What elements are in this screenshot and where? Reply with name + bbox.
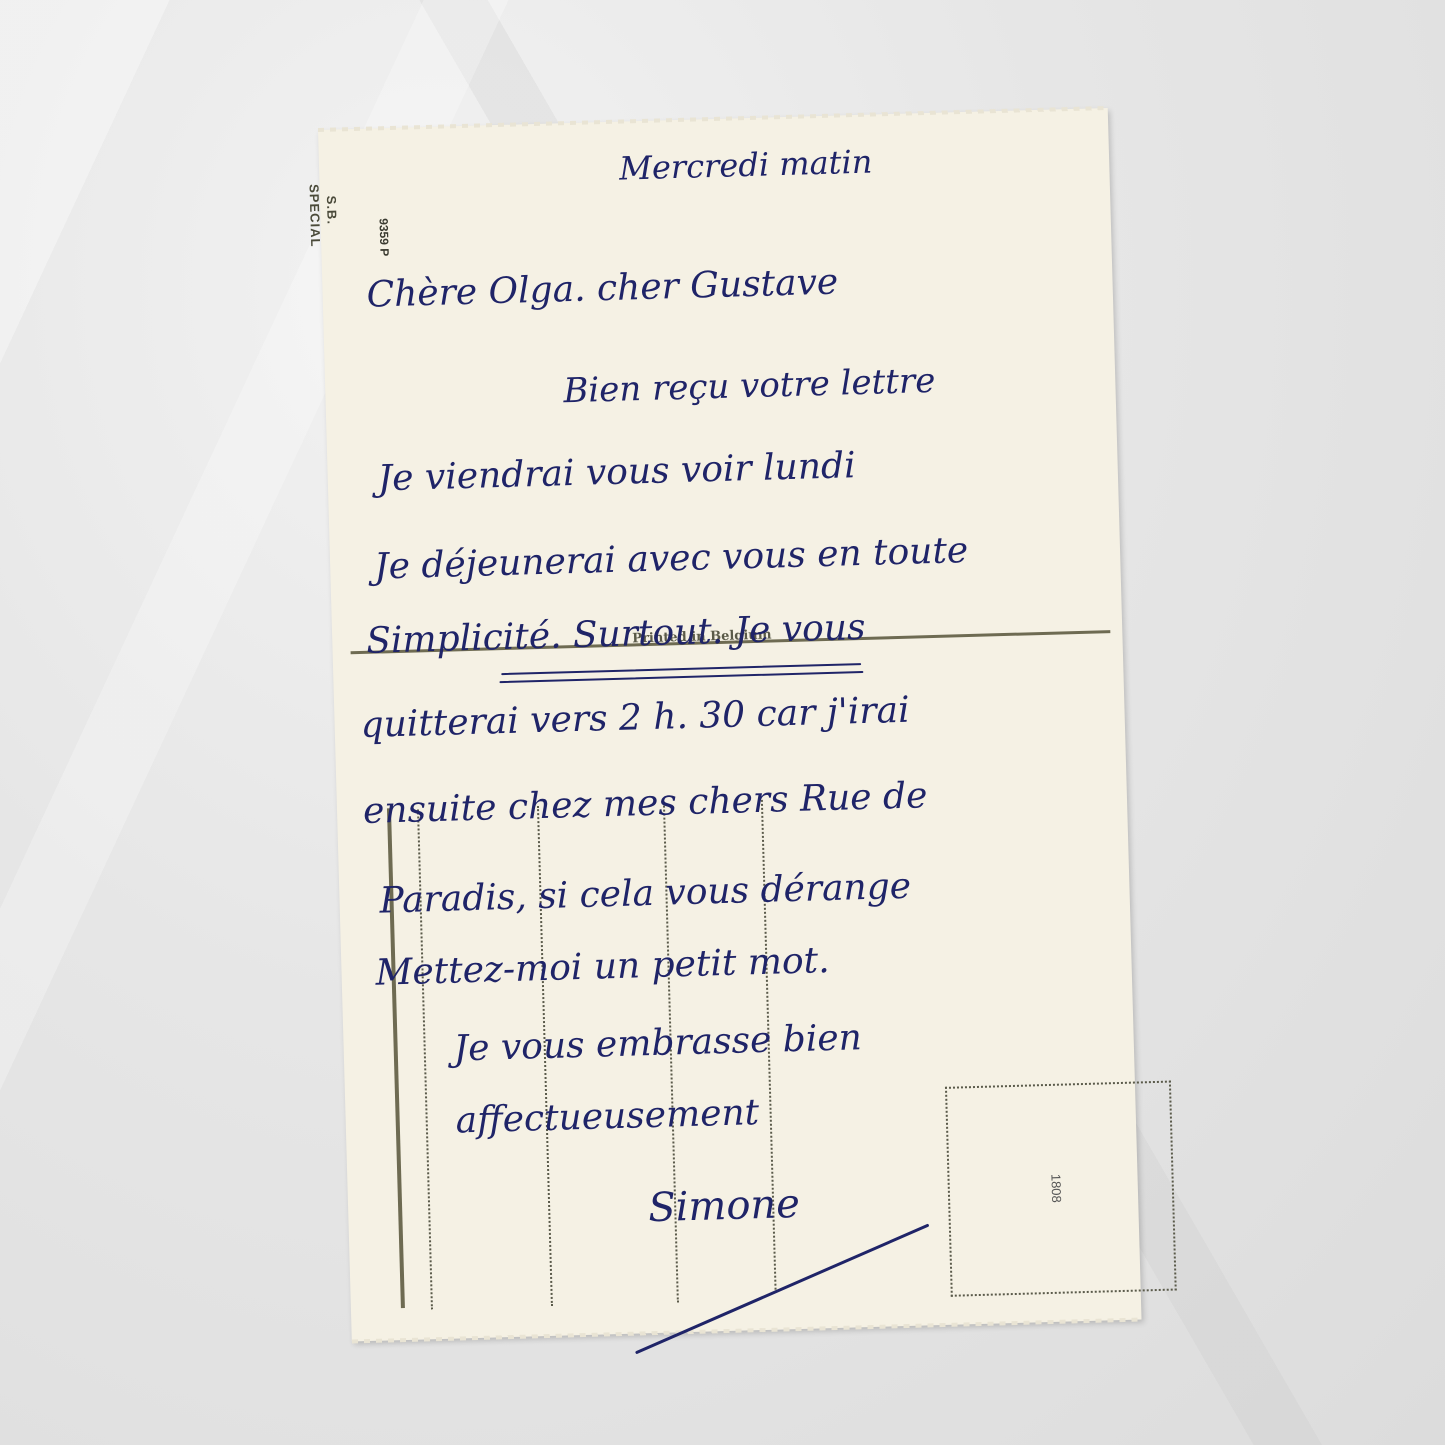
deckled-edge-top <box>318 106 1108 132</box>
handwritten-line: Paradis, si cela vous dérange <box>379 866 912 922</box>
handwritten-line: affectueusement <box>455 1092 759 1141</box>
deckled-edge-bottom <box>352 1317 1142 1343</box>
handwritten-line: Bien reçu votre lettre <box>563 361 936 411</box>
signature: Simone <box>648 1181 801 1231</box>
date-line: Mercredi matin <box>619 143 873 188</box>
publisher-line: SPECIAL <box>307 184 324 248</box>
handwritten-line: quitterai vers 2 h. 30 car j'irai <box>360 690 910 746</box>
signature-flourish <box>635 1223 929 1354</box>
publisher-logo: S.B. <box>324 195 340 225</box>
greeting: Chère Olga. cher Gustave <box>366 262 839 316</box>
publisher-number: 9359 P <box>376 218 391 256</box>
handwritten-line: Simplicité. Surtout. Je vous <box>366 607 866 662</box>
stamp-box: 1808 <box>945 1081 1177 1297</box>
stamp-box-number: 1808 <box>1048 1174 1064 1203</box>
postcard: S.B. SPECIAL 9359 P Mercredi matin Chère… <box>318 108 1142 1342</box>
handwritten-line: Je vous embrasse bien <box>453 1017 862 1069</box>
handwritten-line: Mettez-moi un petit mot. <box>375 940 830 994</box>
handwritten-line: Je déjeunerai avec vous en toute <box>374 530 969 588</box>
handwritten-line: Je viendrai vous voir lundi <box>377 445 856 499</box>
handwritten-line: ensuite chez mes chers Rue de <box>362 775 927 832</box>
publisher-mark: S.B. SPECIAL <box>306 165 341 247</box>
